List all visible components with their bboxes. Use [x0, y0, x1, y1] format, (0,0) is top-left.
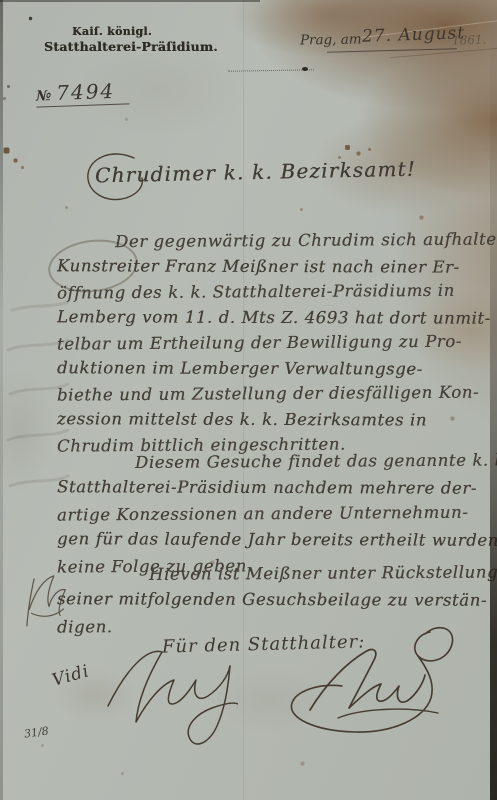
handwritten-line: telbar um Ertheilung der Bewilligung zu … — [57, 331, 497, 360]
handwritten-line: Der gegenwärtig zu Chrudim sich aufhalte… — [57, 229, 497, 258]
ink-blot — [302, 67, 308, 71]
margin-paraph — [13, 563, 75, 631]
handwritten-line: Lemberg vom 11. d. Mts Z. 4693 hat dort … — [57, 307, 497, 334]
handwritten-line: seiner mitfolgenden Gesuchsbeilage zu ve… — [57, 589, 497, 617]
handwritten-line: Statthalterei-Präsidium nachdem mehrere … — [57, 477, 497, 505]
paper-edge-left — [0, 0, 3, 800]
scratch-mark — [228, 69, 314, 72]
statthalter-signature — [252, 620, 484, 750]
salutation: Chrudimer k. k. Bezirksamt! — [95, 157, 416, 188]
handwritten-line: Diesem Gesuche findet das genannte k. k. — [57, 450, 497, 479]
dateline-date: 27. August — [362, 23, 466, 47]
handwritten-line: artige Konzessionen an andere Unternehmu… — [57, 502, 497, 531]
dateline-underline — [327, 48, 457, 52]
handwritten-line: zession mittelst des k. k. Bezirksamtes … — [57, 409, 497, 436]
paper-edge-top — [0, 0, 260, 2]
dateline-place: Prag, am — [300, 31, 362, 48]
body-paragraph-1: Der gegenwärtig zu Chrudim sich aufhalte… — [57, 231, 497, 461]
document-number: № 7494 — [36, 78, 130, 107]
foxing-spots — [0, 0, 1, 1]
handwritten-line: Hievon ist Meißner unter Rückstellung — [57, 562, 497, 591]
handwritten-line: gen für das laufende Jahr bereits erthei… — [57, 529, 497, 557]
handwritten-line: öffnung des k. k. Statthalterei-Präsidiu… — [57, 280, 497, 309]
handwritten-line: biethe und um Zustellung der diesfällige… — [57, 382, 497, 411]
vidi-date: 31/8 — [23, 724, 49, 740]
number-value: 7494 — [56, 79, 116, 105]
letterhead-line2: Statthalterei-Präſidium. — [44, 39, 218, 54]
number-label: № — [36, 88, 52, 105]
letterhead-line1: Kaiſ. königl. — [72, 25, 152, 38]
document-photo: Kaiſ. königl. Statthalterei-Präſidium. №… — [0, 0, 497, 800]
vidi-signature — [78, 634, 238, 752]
handwritten-line: Kunstreiter Franz Meißner ist nach einer… — [57, 256, 497, 283]
handwritten-line: duktionen im Lemberger Verwaltungsge- — [57, 358, 497, 385]
dateline-year: 1861. — [452, 32, 487, 47]
